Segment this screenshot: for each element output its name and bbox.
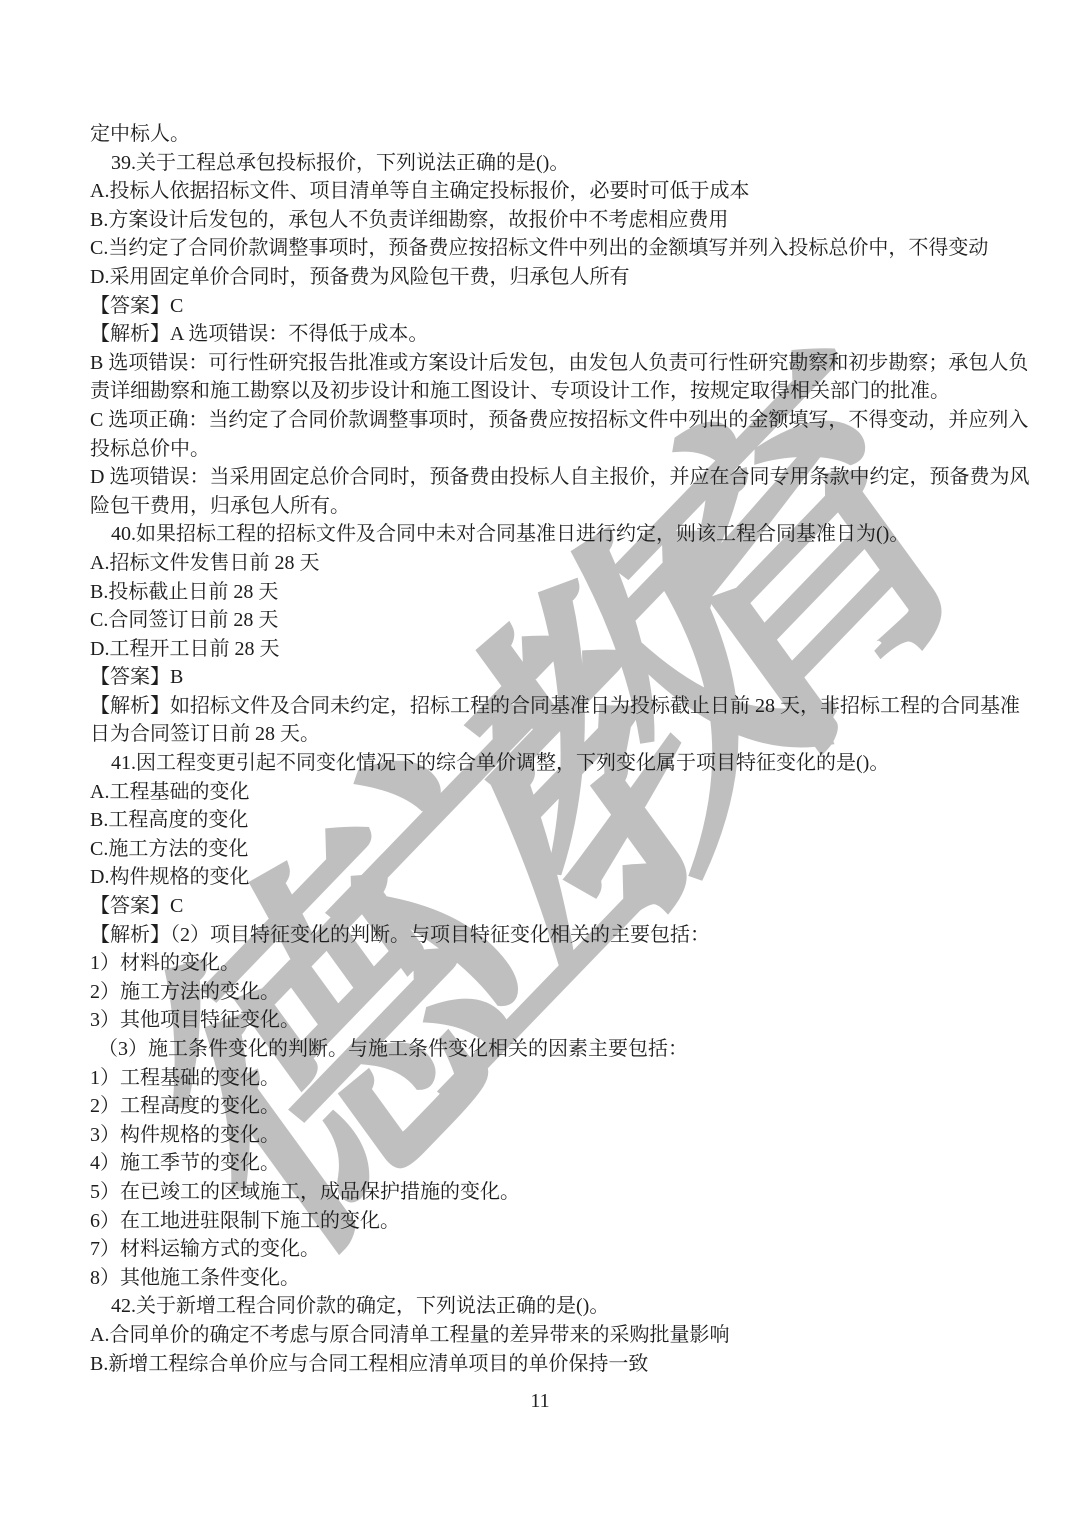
question-41-option-b: B.工程高度的变化	[90, 806, 995, 835]
question-39-option-b: B.方案设计后发包的，承包人不负责详细勘察，故报价中不考虑相应费用	[90, 206, 995, 235]
text-line: D 选项错误：当采用固定总价合同时，预备费由投标人自主报价，并应在合同专用条款中…	[90, 463, 995, 492]
list-item: 1）材料的变化。	[90, 949, 995, 978]
question-40-option-a: A.招标文件发售日前 28 天	[90, 549, 995, 578]
exam-text-block: 定中标人。 39.关于工程总承包投标报价，下列说法正确的是()。 A.投标人依据…	[90, 120, 995, 1378]
list-item: 4）施工季节的变化。	[90, 1149, 995, 1178]
question-41-title: 41.因工程变更引起不同变化情况下的综合单价调整，下列变化属于项目特征变化的是(…	[90, 749, 995, 778]
text-line: C 选项正确：当约定了合同价款调整事项时，预备费应按招标文件中列出的金额填写，不…	[90, 406, 995, 435]
question-42-option-a: A.合同单价的确定不考虑与原合同清单工程量的差异带来的采购批量影响	[90, 1321, 995, 1350]
text-line: 险包干费用，归承包人所有。	[90, 492, 995, 521]
list-item: 2）工程高度的变化。	[90, 1092, 995, 1121]
document-page: 德立教育 定中标人。 39.关于工程总承包投标报价，下列说法正确的是()。 A.…	[0, 0, 1080, 1527]
question-41-option-a: A.工程基础的变化	[90, 778, 995, 807]
question-41-analysis: 【解析】（2）项目特征变化的判断。与项目特征变化相关的主要包括：	[90, 921, 995, 950]
list-item: 8）其他施工条件变化。	[90, 1264, 995, 1293]
question-39-option-d: D.采用固定单价合同时，预备费为风险包干费，归承包人所有	[90, 263, 995, 292]
question-41-answer: 【答案】C	[90, 892, 995, 921]
text-line: 定中标人。	[90, 120, 995, 149]
list-item: 5）在已竣工的区域施工，成品保护措施的变化。	[90, 1178, 995, 1207]
question-39-option-c: C.当约定了合同价款调整事项时，预备费应按招标文件中列出的金额填写并列入投标总价…	[90, 234, 995, 263]
list-item: 7）材料运输方式的变化。	[90, 1235, 995, 1264]
question-42-option-b: B.新增工程综合单价应与合同工程相应清单项目的单价保持一致	[90, 1350, 995, 1379]
question-40-answer: 【答案】B	[90, 663, 995, 692]
question-40-option-d: D.工程开工日前 28 天	[90, 635, 995, 664]
question-39-option-a: A.投标人依据招标文件、项目清单等自主确定投标报价，必要时可低于成本	[90, 177, 995, 206]
list-item: 2）施工方法的变化。	[90, 978, 995, 1007]
question-40-option-b: B.投标截止日前 28 天	[90, 578, 995, 607]
question-40-option-c: C.合同签订日前 28 天	[90, 606, 995, 635]
text-line: 投标总价中。	[90, 435, 995, 464]
list-item: 3）其他项目特征变化。	[90, 1006, 995, 1035]
question-42-title: 42.关于新增工程合同价款的确定，下列说法正确的是()。	[90, 1292, 995, 1321]
list-item: 1）工程基础的变化。	[90, 1064, 995, 1093]
text-line: 责详细勘察和施工勘察以及初步设计和施工图设计、专项设计工作，按规定取得相关部门的…	[90, 377, 995, 406]
question-39-analysis: 【解析】A 选项错误：不得低于成本。	[90, 320, 995, 349]
question-40-analysis: 【解析】如招标文件及合同未约定，招标工程的合同基准日为投标截止日前 28 天，非…	[90, 692, 995, 721]
question-39-answer: 【答案】C	[90, 292, 995, 321]
list-item: 6）在工地进驻限制下施工的变化。	[90, 1207, 995, 1236]
text-line: B 选项错误：可行性研究报告批准或方案设计后发包，由发包人负责可行性研究勘察和初…	[90, 349, 995, 378]
text-line: （3）施工条件变化的判断。与施工条件变化相关的因素主要包括：	[90, 1035, 995, 1064]
question-41-option-d: D.构件规格的变化	[90, 863, 995, 892]
page-number: 11	[0, 1390, 1080, 1413]
question-39-title: 39.关于工程总承包投标报价，下列说法正确的是()。	[90, 149, 995, 178]
list-item: 3）构件规格的变化。	[90, 1121, 995, 1150]
text-line: 日为合同签订日前 28 天。	[90, 720, 995, 749]
question-41-option-c: C.施工方法的变化	[90, 835, 995, 864]
question-40-title: 40.如果招标工程的招标文件及合同中未对合同基准日进行约定，则该工程合同基准日为…	[90, 520, 995, 549]
